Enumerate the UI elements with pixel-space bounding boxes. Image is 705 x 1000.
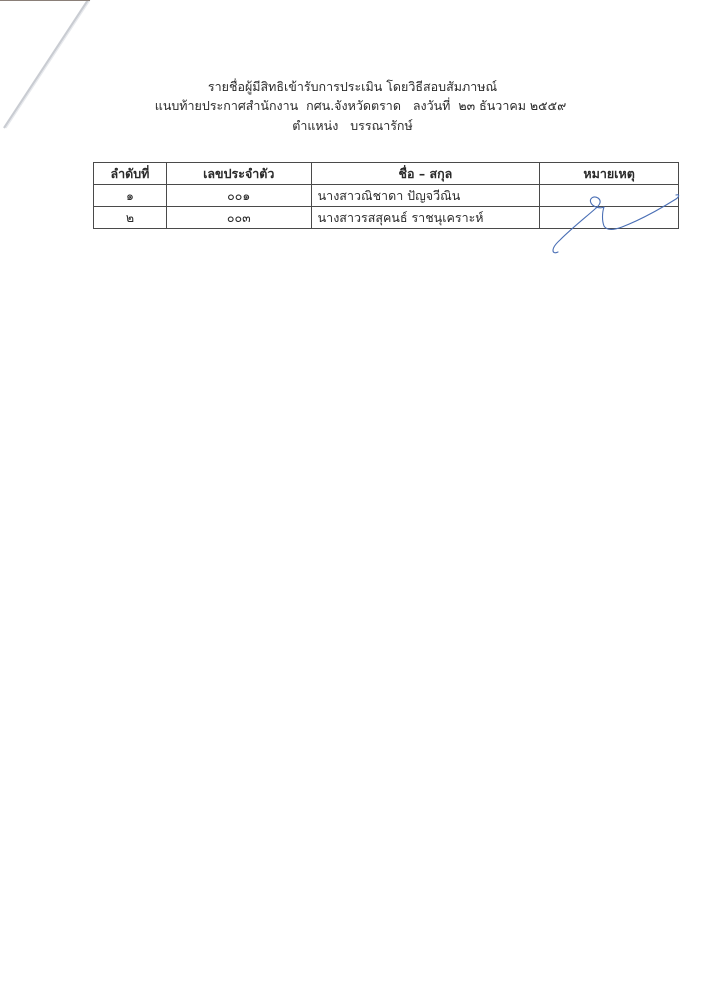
column-header-id: เลขประจำตัว [166,163,311,185]
scan-fold-line [0,0,705,1000]
column-header-order: ลำดับที่ [94,163,167,185]
table-row: ๑ ๐๐๑ นางสาวณิชาดา ปัญจวีณิน [94,185,679,207]
cell-id: ๐๐๑ [166,185,311,207]
table-header-row: ลำดับที่ เลขประจำตัว ชื่อ – สกุล หมายเหต… [94,163,679,185]
candidate-table: ลำดับที่ เลขประจำตัว ชื่อ – สกุล หมายเหต… [93,162,679,229]
cell-remark [540,185,679,207]
cell-remark [540,207,679,229]
column-header-remark: หมายเหตุ [540,163,679,185]
cell-id: ๐๐๓ [166,207,311,229]
table-row: ๒ ๐๐๓ นางสาวรสสุคนธ์ ราชนุเคราะห์ [94,207,679,229]
cell-order: ๒ [94,207,167,229]
cell-name: นางสาวณิชาดา ปัญจวีณิน [311,185,540,207]
document-title: รายชื่อผู้มีสิทธิเข้ารับการประเมิน โดยวิ… [0,78,705,95]
position-title: ตำแหน่ง บรรณารักษ์ [0,117,705,134]
cell-name: นางสาวรสสุคนธ์ ราชนุเคราะห์ [311,207,540,229]
cell-order: ๑ [94,185,167,207]
column-header-name: ชื่อ – สกุล [311,163,540,185]
announcement-reference: แนบท้ายประกาศสำนักงาน กศน.จังหวัดตราด ลง… [8,97,705,114]
